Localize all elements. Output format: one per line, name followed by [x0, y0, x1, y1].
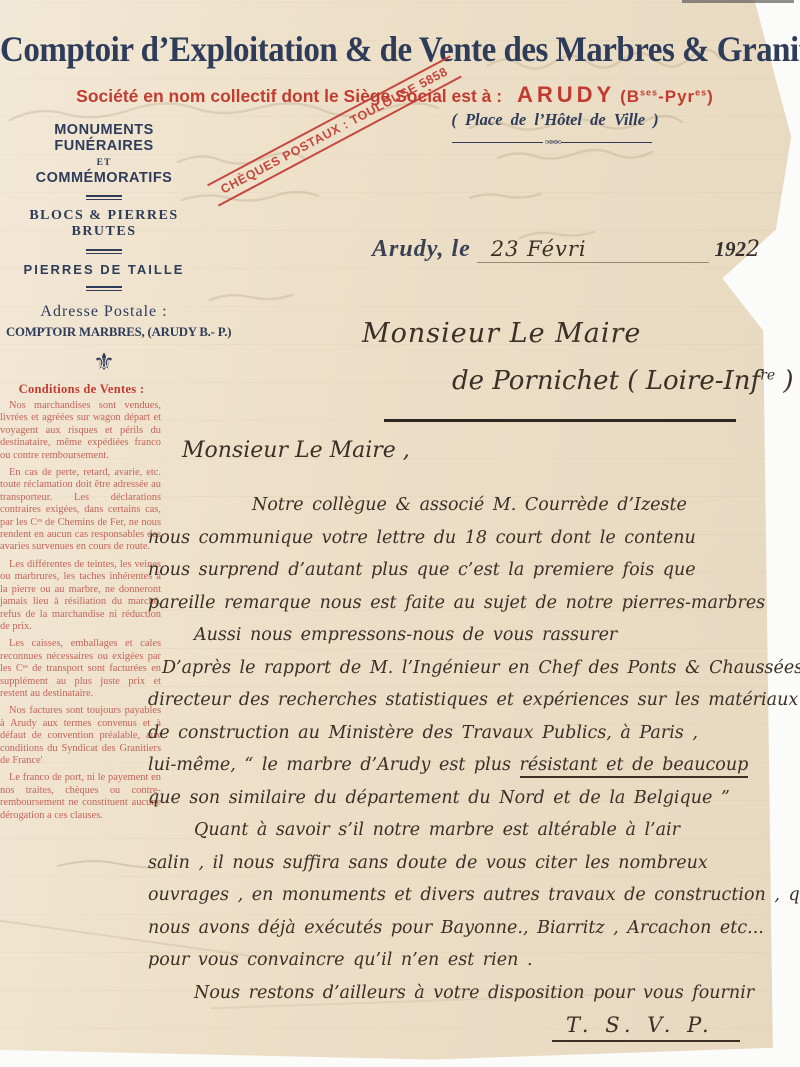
dept-superscript: ses [640, 87, 658, 97]
handwriting-line: pour vous convaincre qu’il n’en est rien… [148, 944, 790, 977]
conditions-paragraph: Le franco de port, ni le payement en nos… [0, 772, 163, 822]
dateline-printed-year: 192 [715, 237, 747, 262]
postal-address-value: COMPTOIR MARBRES, (ARUDY B.- P.) [6, 325, 202, 340]
dept-superscript: es [695, 87, 707, 97]
handwriting-line: nous avons déjà exécutés pour Bayonne., … [148, 912, 790, 945]
knot-ornament-icon: ∞∞∞ [543, 137, 562, 147]
recipient-name: Monsieur Le Maire [362, 318, 641, 349]
conditions-title: Conditions de Ventes : [0, 382, 163, 397]
handwriting-line: directeur des recherches statistiques et… [148, 684, 790, 717]
sidebar-divider [86, 249, 122, 254]
handwriting-line: que son similaire du département du Nord… [148, 782, 790, 815]
conditions-paragraph: Nos marchandises sont vendues, livrées e… [0, 400, 163, 462]
conditions-block: Conditions de Ventes : Nos marchandises … [0, 382, 163, 827]
sidebar-divider [86, 195, 122, 200]
dept-part: -Pyr [658, 87, 695, 106]
fleur-de-lis-ornament-icon: ⚜ [6, 348, 202, 377]
handwritten-date: 23 Févri [491, 237, 587, 261]
handwriting-line: Notre collègue & associé M. Courrède d’I… [252, 489, 790, 522]
subtitle-city: ARUDY [517, 82, 615, 107]
handwriting-line: Quant à savoir s’il notre marbre est alt… [194, 814, 790, 847]
salutation: Monsieur Le Maire , [182, 438, 790, 463]
dept-part: ) [707, 87, 714, 106]
service-commemoratifs: COMMÉMORATIFS [6, 170, 202, 186]
signoff-tsvp: T. S. V. P. [552, 1013, 740, 1042]
knot-divider: ∞∞∞ [452, 136, 652, 148]
dept-part: (B [620, 87, 640, 106]
recipient-location-text: ) [775, 366, 793, 396]
handwriting-line: nous communique votre lettre du 18 court… [148, 522, 790, 555]
conditions-paragraph: Nos factures sont toujours payables à Ar… [0, 705, 163, 767]
conditions-paragraph: En cas de perte, retard, avarie, etc. to… [0, 467, 163, 554]
handwriting-line: de construction au Ministère des Travaux… [148, 717, 790, 750]
recipient-underline-rule [384, 419, 736, 422]
service-pierres-taille: PIERRES DE TAILLE [6, 262, 202, 277]
company-address-line: ( Place de l’Hôtel de Ville ) [420, 110, 690, 130]
dateline-date-field: 23 Févri [477, 237, 709, 263]
scanner-edge-shadow [682, 0, 794, 3]
handwriting-line: D’après le rapport de M. l’Ingénieur en … [162, 652, 790, 685]
service-et: ET [6, 158, 202, 168]
recipient-location-text: de Pornichet ( Loire-Inf [452, 366, 760, 396]
conditions-paragraph: Les caisses, emballages et cales reconnu… [0, 638, 163, 700]
handwritten-year-digit: 2 [746, 237, 760, 262]
company-title: Comptoir d’Exploitation & de Vente des M… [0, 31, 764, 71]
handwriting-line: salin , il nous suffira sans doute de vo… [148, 847, 790, 880]
handwriting-line: nous surprend d’autant plus que c’est la… [148, 554, 790, 587]
handwriting-line: Aussi nous empressons-nous de vous rassu… [194, 619, 790, 652]
sidebar-divider [86, 286, 122, 291]
recipient-location: de Pornichet ( Loire-Infre ) [452, 366, 794, 396]
handwriting-line-with-underline: lui-même, “ le marbre d’Arudy est plus r… [148, 749, 790, 782]
underlined-phrase: résistant et de beaucoup [520, 755, 749, 778]
handwriting-line: ouvrages , en monuments et divers autres… [148, 879, 790, 912]
handwriting-line: pareille remarque nous est faite au suje… [148, 587, 790, 620]
service-monuments: MONUMENTS FUNÉRAIRES [6, 122, 202, 154]
dateline-printed-city: Arudy, le [372, 236, 471, 263]
dateline: Arudy, le 23 Févri 192 2 [372, 236, 760, 263]
subtitle-department: (Bses-Pyres) [620, 87, 714, 106]
letter-body: Monsieur Le Maire , Notre collègue & ass… [148, 438, 790, 1042]
conditions-paragraph: Les différentes de teintes, les veines o… [0, 559, 163, 633]
recipient-location-superscript: re [760, 367, 775, 383]
sidebar-services: MONUMENTS FUNÉRAIRES ET COMMÉMORATIFS BL… [6, 122, 202, 377]
postal-address-label: Adresse Postale : [6, 303, 202, 321]
service-blocs: BLOCS & PIERRES BRUTES [6, 208, 202, 240]
handwriting-segment: lui-même, “ le marbre d’Arudy est plus [148, 755, 520, 775]
